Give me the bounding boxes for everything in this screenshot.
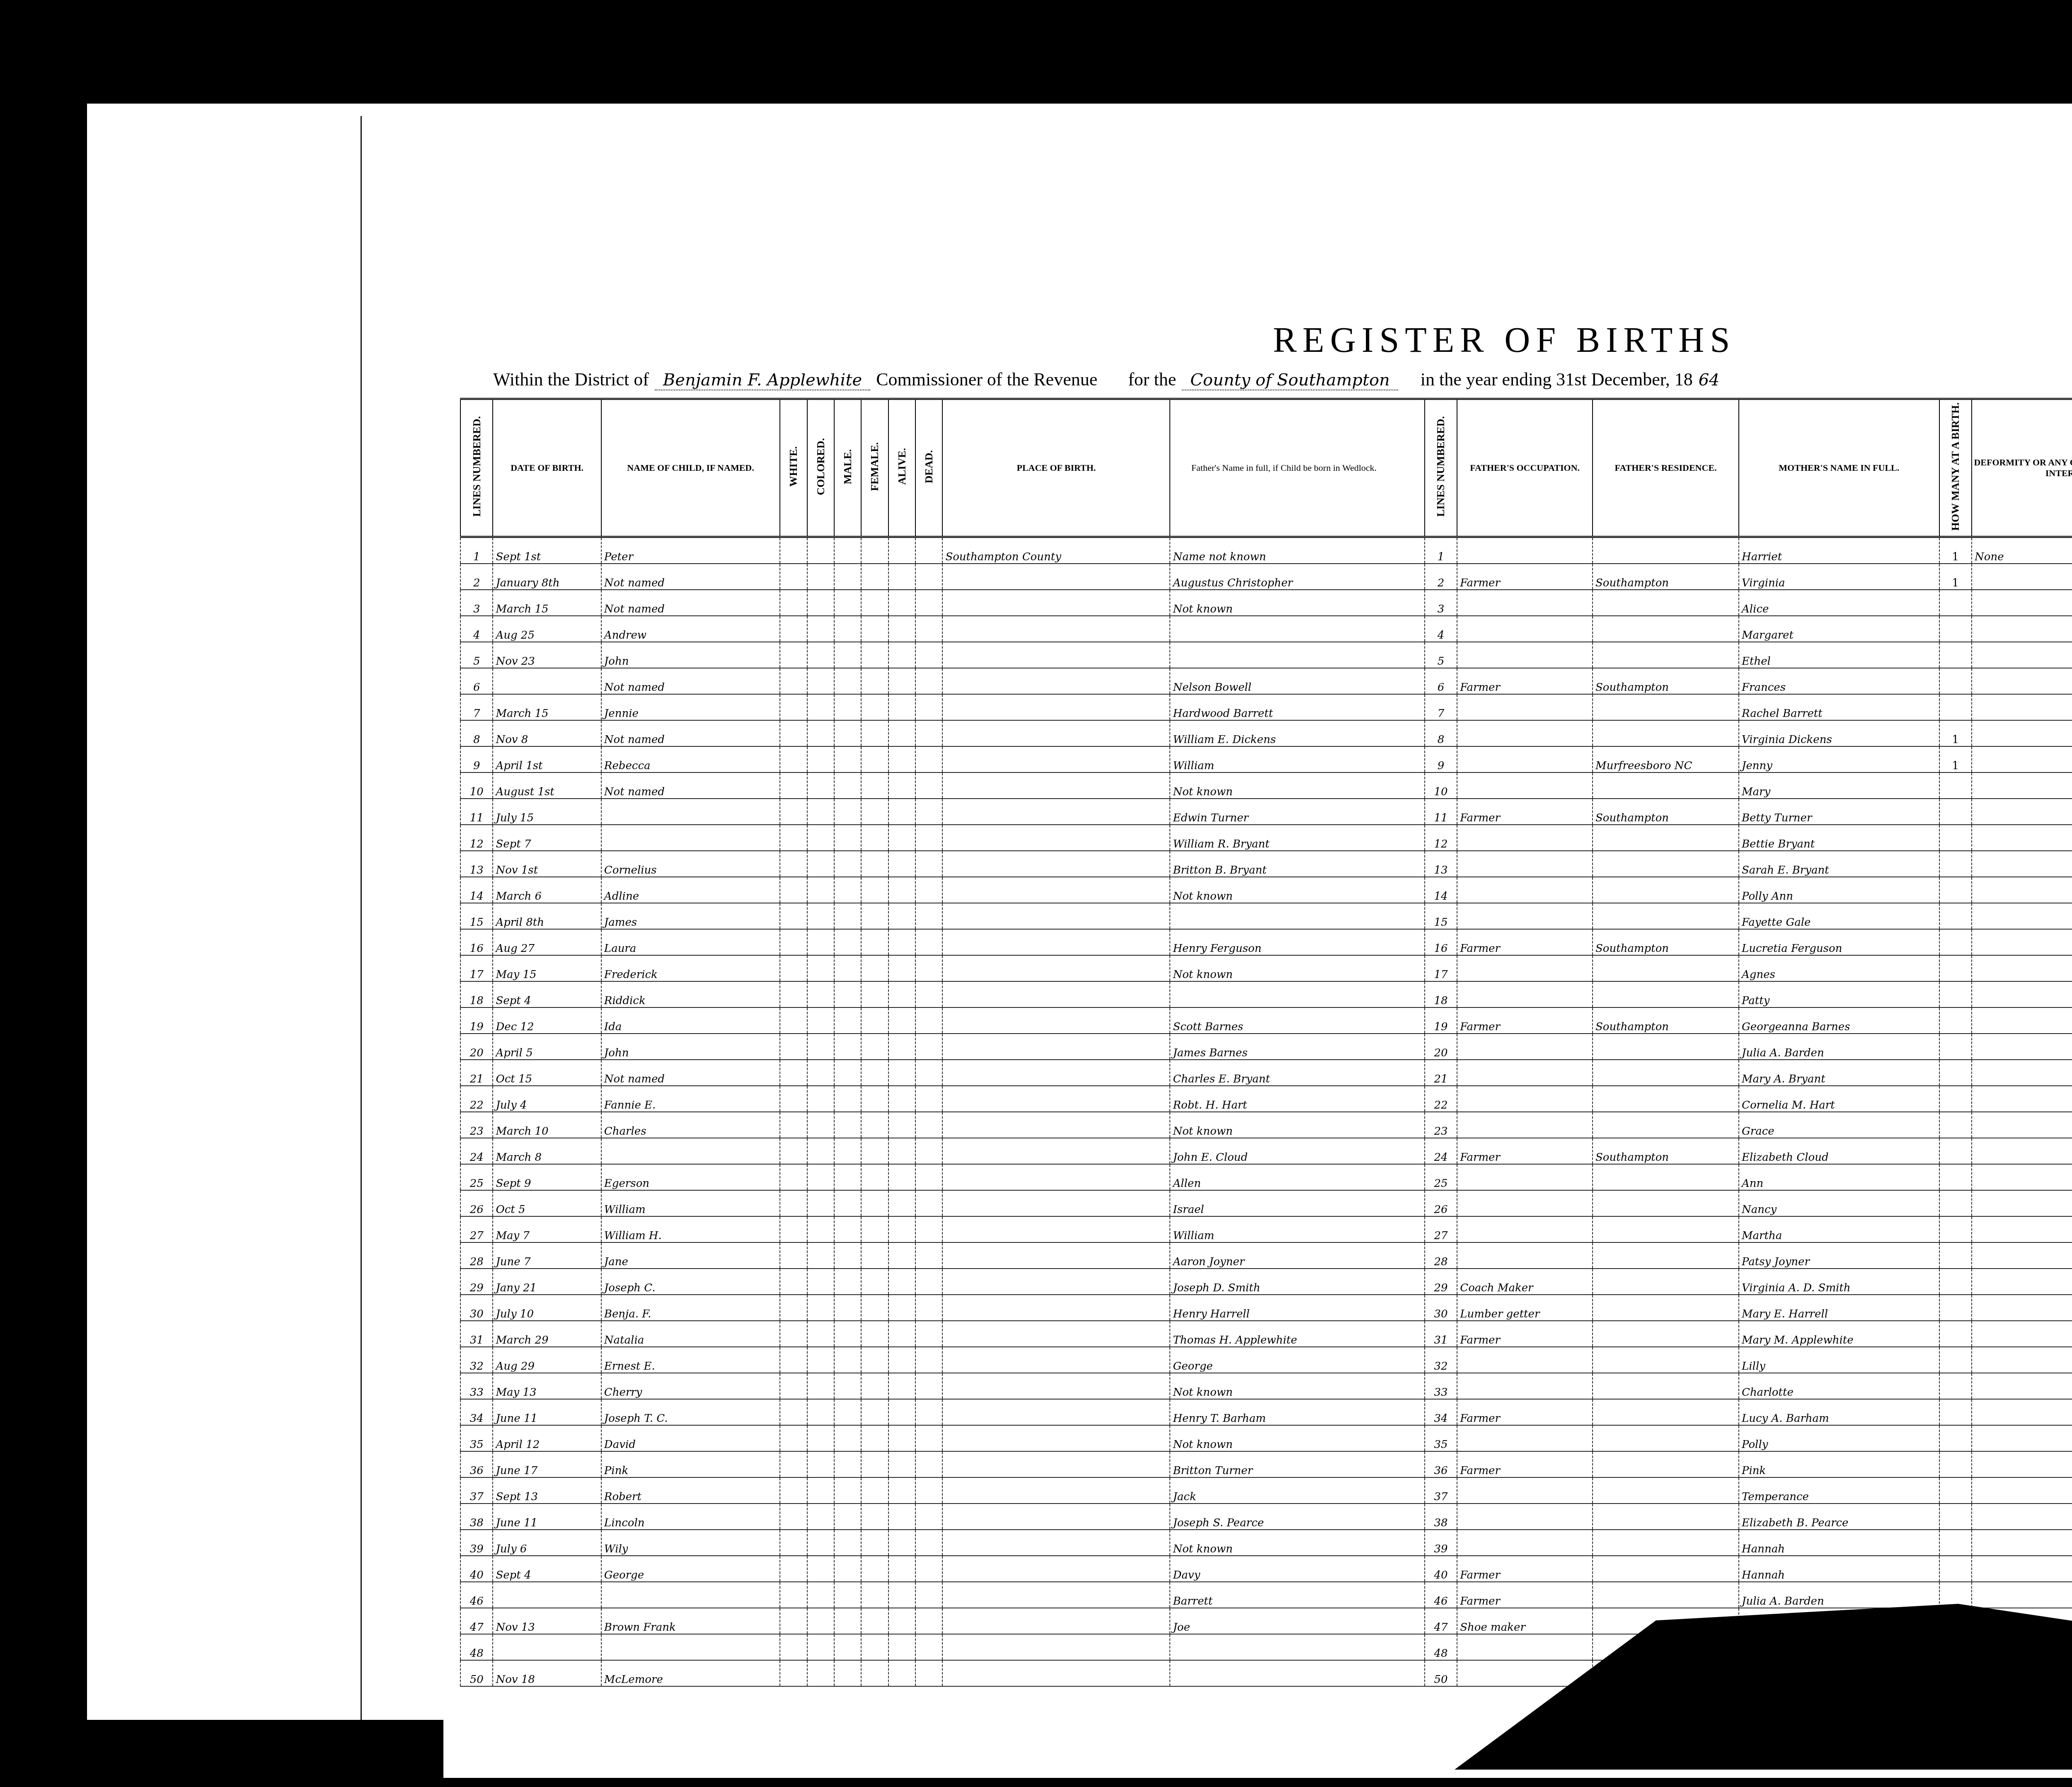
father-occupation: Farmer bbox=[1457, 1399, 1593, 1425]
line-number-right: 28 bbox=[1425, 1242, 1457, 1269]
register-of-births-page: REGISTER OF BIRTHS 74 1864 Within the Di… bbox=[443, 261, 2072, 1778]
tally-mark bbox=[807, 1634, 834, 1660]
place-of-birth bbox=[942, 1321, 1170, 1347]
col-how-many-at-birth: How many at a Birth. bbox=[1939, 399, 1972, 537]
births-count bbox=[1939, 642, 1972, 668]
place-of-birth bbox=[942, 1164, 1170, 1190]
tally-mark bbox=[807, 1425, 834, 1451]
child-name: McLemore bbox=[601, 1660, 780, 1686]
table-row: 33May 13CherryNot known33CharlottePalmet… bbox=[460, 1373, 2072, 1399]
tally-mark bbox=[780, 1138, 807, 1164]
mother-name: Julia A. Barden bbox=[1739, 1034, 1939, 1060]
gutter bbox=[1397, 903, 1424, 929]
col-place-of-birth: Place of Birth. bbox=[942, 399, 1170, 537]
tally-mark bbox=[807, 668, 834, 694]
place-of-birth bbox=[942, 799, 1170, 825]
births-count bbox=[1939, 772, 1972, 799]
place-of-birth bbox=[942, 1556, 1170, 1582]
tally-mark bbox=[834, 746, 861, 772]
father-residence: Murfreesboro NC bbox=[1593, 746, 1739, 772]
tally-mark bbox=[780, 851, 807, 877]
line-number-right: 15 bbox=[1425, 903, 1457, 929]
tally-mark bbox=[780, 877, 807, 903]
father-occupation: Farmer bbox=[1457, 1582, 1593, 1608]
tally-mark bbox=[807, 929, 834, 955]
gutter bbox=[1397, 1321, 1424, 1347]
place-of-birth bbox=[942, 668, 1170, 694]
child-name: Jane bbox=[601, 1242, 780, 1269]
tally-mark bbox=[861, 1634, 888, 1660]
father-name: Thomas H. Applewhite bbox=[1170, 1321, 1397, 1347]
tally-mark bbox=[888, 1112, 915, 1138]
tally-mark bbox=[861, 1530, 888, 1556]
deformity bbox=[1972, 772, 2072, 799]
place-of-birth bbox=[942, 1634, 1170, 1660]
deformity bbox=[1972, 642, 2072, 668]
line-number: 30 bbox=[460, 1295, 493, 1321]
father-occupation bbox=[1457, 1164, 1593, 1190]
father-name bbox=[1170, 642, 1397, 668]
father-occupation bbox=[1457, 746, 1593, 772]
tally-mark bbox=[834, 1451, 861, 1477]
births-count: 1 bbox=[1939, 537, 1972, 564]
line-number-right: 35 bbox=[1425, 1425, 1457, 1451]
tally-mark bbox=[861, 1242, 888, 1269]
deformity bbox=[1972, 1007, 2072, 1034]
line-number: 23 bbox=[460, 1112, 493, 1138]
births-count bbox=[1939, 590, 1972, 616]
tally-mark bbox=[915, 590, 942, 616]
table-row: 1Sept 1stPeterSouthampton CountyName not… bbox=[460, 537, 2072, 564]
line-number: 33 bbox=[460, 1373, 493, 1399]
births-count: 1 bbox=[1939, 720, 1972, 746]
tally-mark bbox=[807, 1451, 834, 1477]
mother-name: Georgeanna Barnes bbox=[1739, 1007, 1939, 1034]
father-occupation: Farmer bbox=[1457, 1138, 1593, 1164]
tally-mark bbox=[807, 1660, 834, 1686]
father-residence bbox=[1593, 1242, 1739, 1269]
date-of-birth: April 12 bbox=[493, 1425, 601, 1451]
date-of-birth: March 15 bbox=[493, 590, 601, 616]
line-number-right: 8 bbox=[1425, 720, 1457, 746]
date-of-birth: Nov 1st bbox=[493, 851, 601, 877]
tally-mark bbox=[807, 1060, 834, 1086]
line-number-right: 33 bbox=[1425, 1373, 1457, 1399]
father-name bbox=[1170, 1660, 1397, 1686]
father-name bbox=[1170, 981, 1397, 1007]
father-residence bbox=[1593, 1295, 1739, 1321]
child-name bbox=[601, 825, 780, 851]
date-of-birth: Sept 4 bbox=[493, 1556, 601, 1582]
child-name: Not named bbox=[601, 668, 780, 694]
table-row: 7March 15JennieHardwood Barrett7Rachel B… bbox=[460, 694, 2072, 720]
table-row: 26Oct 5WilliamIsrael26Nancy bbox=[460, 1190, 2072, 1216]
tally-mark bbox=[861, 1112, 888, 1138]
father-name: Not known bbox=[1170, 877, 1397, 903]
page-title: REGISTER OF BIRTHS bbox=[443, 319, 2072, 361]
line-number-right: 23 bbox=[1425, 1112, 1457, 1138]
place-of-birth bbox=[942, 1269, 1170, 1295]
tally-mark bbox=[780, 903, 807, 929]
births-count bbox=[1939, 1034, 1972, 1060]
col-name-of-child: Name of Child, if Named. bbox=[601, 399, 780, 537]
child-name: Natalia bbox=[601, 1321, 780, 1347]
tally-mark bbox=[834, 564, 861, 590]
mother-name: Patty bbox=[1739, 981, 1939, 1007]
line-number-right: 36 bbox=[1425, 1451, 1457, 1477]
father-occupation bbox=[1457, 616, 1593, 642]
child-name: Cherry bbox=[601, 1373, 780, 1399]
tally-mark bbox=[780, 1112, 807, 1138]
line-number-right: 3 bbox=[1425, 590, 1457, 616]
deformity bbox=[1972, 1295, 2072, 1321]
place-of-birth bbox=[942, 1582, 1170, 1608]
gutter bbox=[1397, 399, 1424, 537]
tally-mark bbox=[915, 1556, 942, 1582]
date-of-birth: Sept 9 bbox=[493, 1164, 601, 1190]
father-name: Henry Ferguson bbox=[1170, 929, 1397, 955]
date-of-birth: April 8th bbox=[493, 903, 601, 929]
mother-name: Fayette Gale bbox=[1739, 903, 1939, 929]
father-residence bbox=[1593, 1399, 1739, 1425]
line-number-right: 11 bbox=[1425, 799, 1457, 825]
gutter bbox=[1397, 1242, 1424, 1269]
tally-mark bbox=[780, 1373, 807, 1399]
table-row: 14March 6AdlineNot known14Polly AnnDavid… bbox=[460, 877, 2072, 903]
tally-mark bbox=[807, 1530, 834, 1556]
table-row: 27May 7William H.William27MarthaMartha A… bbox=[460, 1216, 2072, 1242]
tally-mark bbox=[834, 1582, 861, 1608]
tally-mark bbox=[888, 1086, 915, 1112]
line-number-right: 34 bbox=[1425, 1399, 1457, 1425]
tally-mark bbox=[861, 1425, 888, 1451]
place-of-birth bbox=[942, 1608, 1170, 1634]
line-number: 38 bbox=[460, 1504, 493, 1530]
father-residence bbox=[1593, 955, 1739, 981]
father-name bbox=[1170, 1634, 1397, 1660]
col-fathers-occupation: Father's Occupation. bbox=[1457, 399, 1593, 537]
deformity: None bbox=[1972, 537, 2072, 564]
tally-mark bbox=[915, 851, 942, 877]
tally-mark bbox=[834, 1112, 861, 1138]
births-count: 1 bbox=[1939, 746, 1972, 772]
line-number: 29 bbox=[460, 1269, 493, 1295]
father-occupation: Farmer bbox=[1457, 668, 1593, 694]
child-name: Egerson bbox=[601, 1164, 780, 1190]
father-name: Barrett bbox=[1170, 1582, 1397, 1608]
tally-mark bbox=[807, 1347, 834, 1373]
line-number: 13 bbox=[460, 851, 493, 877]
child-name: Wily bbox=[601, 1530, 780, 1556]
col-alive: Alive. bbox=[888, 399, 915, 537]
line-number-right: 22 bbox=[1425, 1086, 1457, 1112]
date-of-birth: June 17 bbox=[493, 1451, 601, 1477]
mother-name: Nancy bbox=[1739, 1190, 1939, 1216]
tally-mark bbox=[834, 1530, 861, 1556]
tally-mark bbox=[834, 1086, 861, 1112]
tally-mark bbox=[861, 616, 888, 642]
deformity bbox=[1972, 1321, 2072, 1347]
line-number-right: 39 bbox=[1425, 1530, 1457, 1556]
tally-mark bbox=[780, 1007, 807, 1034]
father-residence: Southampton bbox=[1593, 668, 1739, 694]
tally-mark bbox=[834, 1007, 861, 1034]
father-name: Joseph D. Smith bbox=[1170, 1269, 1397, 1295]
father-occupation bbox=[1457, 537, 1593, 564]
tally-mark bbox=[780, 668, 807, 694]
tally-mark bbox=[915, 1425, 942, 1451]
father-residence: Southampton bbox=[1593, 929, 1739, 955]
table-row: 13Nov 1stCorneliusBritton B. Bryant13Sar… bbox=[460, 851, 2072, 877]
tally-mark bbox=[807, 1164, 834, 1190]
father-residence bbox=[1593, 720, 1739, 746]
place-of-birth bbox=[942, 1138, 1170, 1164]
line-number-right: 18 bbox=[1425, 981, 1457, 1007]
tally-mark bbox=[915, 1242, 942, 1269]
date-of-birth: March 6 bbox=[493, 877, 601, 903]
col-fathers-name: Father's Name in full, if Child be born … bbox=[1170, 399, 1397, 537]
mother-name: Agnes bbox=[1739, 955, 1939, 981]
father-occupation bbox=[1457, 694, 1593, 720]
tally-mark bbox=[888, 1451, 915, 1477]
mother-name: Pink bbox=[1739, 1451, 1939, 1477]
tally-mark bbox=[915, 929, 942, 955]
tally-mark bbox=[861, 1399, 888, 1425]
table-row: 8Nov 8Not namedWilliam E. Dickens8Virgin… bbox=[460, 720, 2072, 746]
child-name bbox=[601, 1634, 780, 1660]
father-residence bbox=[1593, 903, 1739, 929]
deformity bbox=[1972, 1347, 2072, 1373]
place-of-birth bbox=[942, 955, 1170, 981]
father-occupation: Shoe maker bbox=[1457, 1608, 1593, 1634]
father-residence bbox=[1593, 981, 1739, 1007]
date-of-birth: Nov 18 bbox=[493, 1660, 601, 1686]
tally-mark bbox=[915, 1399, 942, 1425]
date-of-birth: July 15 bbox=[493, 799, 601, 825]
line-number: 32 bbox=[460, 1347, 493, 1373]
line-number-right: 6 bbox=[1425, 668, 1457, 694]
line-number: 31 bbox=[460, 1321, 493, 1347]
father-residence: Southampton bbox=[1593, 1138, 1739, 1164]
tally-mark bbox=[888, 1347, 915, 1373]
father-occupation: Farmer bbox=[1457, 1451, 1593, 1477]
line-number-right: 37 bbox=[1425, 1477, 1457, 1504]
line-number: 10 bbox=[460, 772, 493, 799]
father-residence bbox=[1593, 1321, 1739, 1347]
father-name bbox=[1170, 903, 1397, 929]
deformity bbox=[1972, 1138, 2072, 1164]
child-name: Benja. F. bbox=[601, 1295, 780, 1321]
mother-name: Grace bbox=[1739, 1112, 1939, 1138]
tally-mark bbox=[915, 1660, 942, 1686]
father-occupation bbox=[1457, 851, 1593, 877]
tally-mark bbox=[834, 1556, 861, 1582]
births-count bbox=[1939, 825, 1972, 851]
father-name: Davy bbox=[1170, 1556, 1397, 1582]
tally-mark bbox=[888, 1373, 915, 1399]
tally-mark bbox=[834, 1347, 861, 1373]
tally-mark bbox=[915, 1034, 942, 1060]
gutter bbox=[1397, 590, 1424, 616]
father-occupation bbox=[1457, 1242, 1593, 1269]
place-of-birth bbox=[942, 1399, 1170, 1425]
child-name bbox=[601, 1582, 780, 1608]
gutter bbox=[1397, 799, 1424, 825]
tally-mark bbox=[834, 1060, 861, 1086]
tally-mark bbox=[888, 694, 915, 720]
line-number-right: 25 bbox=[1425, 1164, 1457, 1190]
line-number-right: 24 bbox=[1425, 1138, 1457, 1164]
father-occupation bbox=[1457, 1060, 1593, 1086]
father-occupation: Coach Maker bbox=[1457, 1269, 1593, 1295]
tally-mark bbox=[861, 772, 888, 799]
line-number-right: 16 bbox=[1425, 929, 1457, 955]
tally-mark bbox=[915, 1530, 942, 1556]
father-residence bbox=[1593, 1556, 1739, 1582]
father-occupation bbox=[1457, 1034, 1593, 1060]
tally-mark bbox=[780, 1190, 807, 1216]
tally-mark bbox=[888, 1530, 915, 1556]
father-occupation bbox=[1457, 590, 1593, 616]
father-residence bbox=[1593, 877, 1739, 903]
tally-mark bbox=[807, 1504, 834, 1530]
mother-name: Polly bbox=[1739, 1425, 1939, 1451]
tally-mark bbox=[888, 1295, 915, 1321]
mother-name: Mary A. Bryant bbox=[1739, 1060, 1939, 1086]
gutter bbox=[1397, 1477, 1424, 1504]
tally-mark bbox=[861, 590, 888, 616]
deformity bbox=[1972, 799, 2072, 825]
tally-mark bbox=[807, 825, 834, 851]
line-number-right: 32 bbox=[1425, 1347, 1457, 1373]
line-number-right: 48 bbox=[1425, 1634, 1457, 1660]
line-number: 26 bbox=[460, 1190, 493, 1216]
tally-mark bbox=[888, 616, 915, 642]
col-mothers-name: Mother's Name in Full. bbox=[1739, 399, 1939, 537]
tally-mark bbox=[834, 1295, 861, 1321]
date-of-birth bbox=[493, 668, 601, 694]
line-number-right: 1 bbox=[1425, 537, 1457, 564]
births-count bbox=[1939, 1190, 1972, 1216]
table-row: 39July 6WilyNot known39HannahWalter Pope… bbox=[460, 1530, 2072, 1556]
gutter bbox=[1397, 955, 1424, 981]
tally-mark bbox=[780, 1634, 807, 1660]
tally-mark bbox=[861, 668, 888, 694]
line-number: 9 bbox=[460, 746, 493, 772]
table-row: 29Jany 21Joseph C.Joseph D. Smith29Coach… bbox=[460, 1269, 2072, 1295]
mother-name: Jenny bbox=[1739, 746, 1939, 772]
mother-name: Margaret bbox=[1739, 616, 1939, 642]
child-name: Lincoln bbox=[601, 1504, 780, 1530]
tally-mark bbox=[888, 1034, 915, 1060]
father-name: Henry T. Barham bbox=[1170, 1399, 1397, 1425]
father-name: William E. Dickens bbox=[1170, 720, 1397, 746]
tally-mark bbox=[780, 929, 807, 955]
gutter bbox=[1397, 694, 1424, 720]
births-count bbox=[1939, 1242, 1972, 1269]
tally-mark bbox=[861, 1190, 888, 1216]
births-count bbox=[1939, 851, 1972, 877]
mother-name: Ethel bbox=[1739, 642, 1939, 668]
mother-name: Alice bbox=[1739, 590, 1939, 616]
mother-name: Lucy A. Barham bbox=[1739, 1399, 1939, 1425]
tally-mark bbox=[888, 1321, 915, 1347]
father-residence bbox=[1593, 1034, 1739, 1060]
line-number: 39 bbox=[460, 1530, 493, 1556]
deformity bbox=[1972, 825, 2072, 851]
place-of-birth bbox=[942, 1060, 1170, 1086]
place-of-birth bbox=[942, 903, 1170, 929]
father-name: Augustus Christopher bbox=[1170, 564, 1397, 590]
births-count bbox=[1939, 981, 1972, 1007]
line-number-right: 19 bbox=[1425, 1007, 1457, 1034]
table-row: 10August 1stNot namedNot known10Mary bbox=[460, 772, 2072, 799]
father-occupation bbox=[1457, 825, 1593, 851]
father-name: William R. Bryant bbox=[1170, 825, 1397, 851]
child-name: Not named bbox=[601, 1060, 780, 1086]
child-name: Brown Frank bbox=[601, 1608, 780, 1634]
line-number-right: 31 bbox=[1425, 1321, 1457, 1347]
place-of-birth bbox=[942, 981, 1170, 1007]
gutter bbox=[1397, 1086, 1424, 1112]
table-row: 31March 29NataliaThomas H. Applewhite31F… bbox=[460, 1321, 2072, 1347]
father-occupation bbox=[1457, 642, 1593, 668]
table-row: 38June 11LincolnJoseph S. Pearce38Elizab… bbox=[460, 1504, 2072, 1530]
child-name: Ernest E. bbox=[601, 1347, 780, 1373]
tally-mark bbox=[888, 1007, 915, 1034]
father-occupation bbox=[1457, 903, 1593, 929]
line-number: 8 bbox=[460, 720, 493, 746]
date-of-birth: Sept 1st bbox=[493, 537, 601, 564]
gutter bbox=[1397, 1347, 1424, 1373]
tally-mark bbox=[888, 590, 915, 616]
tally-mark bbox=[834, 1216, 861, 1242]
tally-mark bbox=[861, 1269, 888, 1295]
tally-mark bbox=[861, 955, 888, 981]
mother-name: Martha bbox=[1739, 1216, 1939, 1242]
tally-mark bbox=[780, 1582, 807, 1608]
tally-mark bbox=[807, 694, 834, 720]
father-name: William bbox=[1170, 1216, 1397, 1242]
births-count bbox=[1939, 1504, 1972, 1530]
line-number: 7 bbox=[460, 694, 493, 720]
father-occupation bbox=[1457, 1086, 1593, 1112]
place-of-birth bbox=[942, 564, 1170, 590]
father-occupation: Farmer bbox=[1457, 564, 1593, 590]
line-number: 34 bbox=[460, 1399, 493, 1425]
tally-mark bbox=[807, 1477, 834, 1504]
county-name: County of Southampton bbox=[1182, 370, 1398, 390]
tally-mark bbox=[888, 877, 915, 903]
line-number: 15 bbox=[460, 903, 493, 929]
father-residence bbox=[1593, 1347, 1739, 1373]
tally-mark bbox=[780, 825, 807, 851]
births-count: 1 bbox=[1939, 564, 1972, 590]
tally-mark bbox=[915, 772, 942, 799]
table-row: 19Dec 12IdaScott Barnes19FarmerSouthampt… bbox=[460, 1007, 2072, 1034]
child-name: Not named bbox=[601, 590, 780, 616]
father-residence: Southampton bbox=[1593, 799, 1739, 825]
gutter bbox=[1397, 668, 1424, 694]
date-of-birth: Sept 4 bbox=[493, 981, 601, 1007]
father-name: Henry Harrell bbox=[1170, 1295, 1397, 1321]
deformity bbox=[1972, 1086, 2072, 1112]
deformity bbox=[1972, 851, 2072, 877]
tally-mark bbox=[888, 1582, 915, 1608]
mother-name: Virginia A. D. Smith bbox=[1739, 1269, 1939, 1295]
line-number: 19 bbox=[460, 1007, 493, 1034]
place-of-birth bbox=[942, 851, 1170, 877]
